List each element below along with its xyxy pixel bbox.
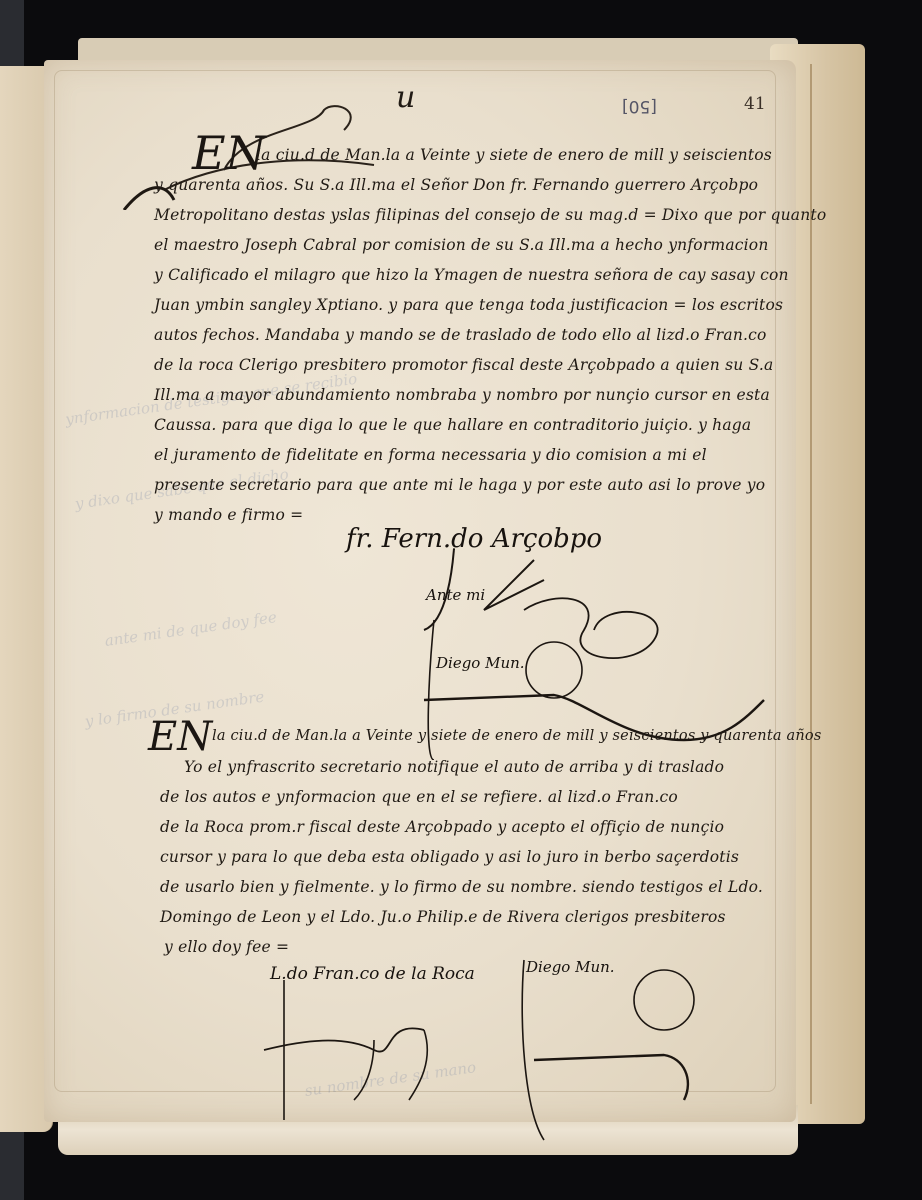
signature-rubric	[224, 500, 784, 760]
text-line: y Calificado el milagro que hizo la Ymag…	[154, 266, 789, 284]
text-line: y quarenta años. Su S.a Ill.ma el Señor …	[154, 176, 758, 194]
initial-capital: EN	[148, 714, 212, 760]
text-line: Caussa. para que diga lo que le que hall…	[154, 416, 751, 434]
text-line: la ciu.d de Man.la a Veinte y siete de e…	[256, 146, 772, 164]
text-line: de los autos e ynformacion que en el se …	[160, 788, 678, 806]
text-line: de la roca Clerigo presbitero promotor f…	[154, 356, 773, 374]
secretary-ante-mi: Ante mi	[426, 586, 485, 604]
text-line: Metropolitano destas yslas filipinas del…	[154, 206, 826, 224]
text-line: Juan ymbin sangley Xptiano. y para que t…	[154, 296, 783, 314]
text-line: de usarlo bien y fielmente. y lo firmo d…	[160, 878, 763, 896]
archive-mark: [50]	[622, 96, 657, 116]
text-line: cursor y para lo que deba esta obligado …	[160, 848, 739, 866]
text-line: Yo el ynfrascrito secretario notifique e…	[184, 758, 724, 776]
text-line: Ill.ma a mayor abundamiento nombraba y n…	[154, 386, 770, 404]
text-line: autos fechos. Mandaba y mando se de tras…	[154, 326, 767, 344]
text-line: el juramento de fidelitate en forma nece…	[154, 446, 707, 464]
text-line: presente secretario para que ante mi le …	[154, 476, 765, 494]
text-line: el maestro Joseph Cabral por comision de…	[154, 236, 769, 254]
folio-number: 41	[744, 94, 766, 114]
initial-capital: EN	[192, 126, 266, 180]
secretary-signature: Diego Mun.	[436, 654, 525, 672]
manuscript-folio: ynformacion de testigos que se recibio y…	[44, 60, 796, 1122]
text-line: Domingo de Leon y el Ldo. Ju.o Philip.e …	[160, 908, 726, 926]
text-line: de la Roca prom.r fiscal deste Arçobpado…	[160, 818, 724, 836]
signature-rubric	[224, 940, 744, 1160]
text-line: la ciu.d de Man.la a Veinte y siete de e…	[212, 728, 821, 744]
